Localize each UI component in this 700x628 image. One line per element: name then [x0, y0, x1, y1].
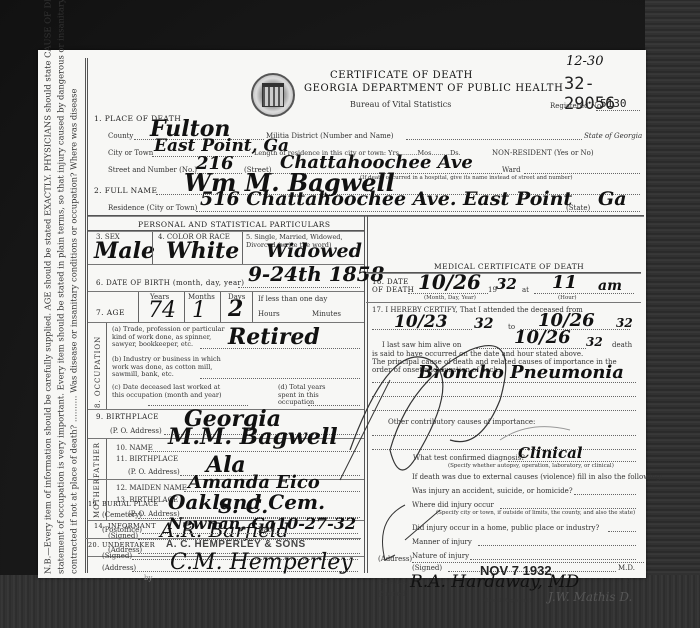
dod-label: 16. DATE OF DEATH [372, 278, 418, 294]
side-instruction-line: N.B.—Every item of information should be… [42, 54, 55, 574]
undertaker-signed-label: (Signed) [102, 552, 132, 560]
side-instructions: N.B.—Every item of information should be… [38, 50, 84, 578]
occupation-vertical-label: 8. OCCUPATION [94, 336, 102, 408]
county-label: County [108, 132, 133, 140]
dod-year: 32 [496, 275, 517, 293]
md-label: M.D. [618, 564, 635, 572]
state-label: State of Georgia [584, 132, 642, 140]
registrar-signature: R.A. Hardaway, MD [410, 572, 579, 592]
occupation-a-label: (a) Trade, profession or particular kind… [112, 326, 232, 349]
less-than-day-label: If less than one day [258, 295, 327, 303]
age-years-value: 74 [148, 298, 176, 323]
by-label: by [144, 574, 152, 582]
nonresident-label: NON-RESIDENT (Yes or No) [492, 149, 594, 157]
registered-number: 5130 [600, 97, 627, 110]
undertaker-stamp: A. C. HEMPERLEY & SONS [166, 539, 306, 550]
mother-vertical-label: MOTHER [93, 478, 101, 518]
registrar-sub-label: (Local Registrar) [484, 598, 531, 604]
birthplace-po-label: (P. O. Address) [110, 427, 162, 435]
father-name-value: M.M. Bagwell [168, 424, 338, 450]
residence-state-label: (State) [566, 204, 590, 212]
dob-label: 6. DATE OF BIRTH (month, day, year) [96, 279, 244, 287]
minutes-label: Minutes [312, 310, 341, 318]
dob-value: 9-24th 1858 [248, 262, 384, 286]
filed-label: 15. FILED [376, 578, 412, 586]
age-days-value: 2 [228, 296, 243, 322]
ward-label: Ward [502, 166, 521, 174]
side-instruction-line: statement of occupation is very importan… [55, 54, 68, 574]
full-name-label: 2. FULL NAME [94, 186, 157, 195]
dod-ampm: am [598, 278, 622, 294]
undertaker-label: 20. UNDERTAKER [88, 541, 155, 549]
age-months-value: 1 [192, 298, 206, 323]
background-right [645, 0, 700, 628]
pen-mark-annotation [330, 320, 610, 520]
dod-hour: 11 [552, 272, 577, 293]
undertaker-signature: C.M. Hemperley [170, 550, 353, 575]
side-instruction-line: contracted if not at place of death? ...… [68, 54, 81, 574]
bureau-title: Bureau of Vital Statistics [350, 100, 451, 109]
city-label: City or Town [108, 149, 153, 157]
dod-sub-label: (Month, Day, Year) [424, 295, 476, 301]
burial-label: 19. BURIAL PLACE [88, 500, 159, 508]
burial-date-label: Date [258, 526, 275, 534]
father-vertical-label: FATHER [93, 442, 101, 478]
dod-hour-label: (Hour) [558, 295, 577, 301]
death-label: death [612, 341, 632, 349]
father-birthplace-label: 11. BIRTHPLACE [116, 455, 178, 463]
attended-to-year: 32 [616, 316, 633, 330]
personal-section-title: PERSONAL AND STATISTICAL PARTICULARS [138, 220, 330, 229]
filed-year-prefix: 19 [622, 578, 631, 586]
dod-at-label: at [522, 286, 529, 294]
extra-signature: J.W. Mathis D. [548, 590, 632, 604]
registered-label: Registered No. [550, 102, 603, 110]
birthplace-label: 9. BIRTHPLACE [96, 413, 159, 421]
father-po-label: (P. O. Address) [128, 468, 180, 476]
residence-label: Residence (City or Town) [108, 204, 197, 212]
dod-value: 10/26 [418, 270, 481, 294]
marital-value: Widowed [266, 240, 362, 262]
department-title: GEORGIA DEPARTMENT OF PUBLIC HEALTH [304, 83, 563, 94]
residence-value: 516 Chattahoochee Ave. East Point [200, 188, 572, 210]
residence-state-value: Ga [598, 188, 627, 210]
sex-value: Male [94, 238, 155, 264]
georgia-seal-icon [251, 73, 295, 117]
age-label: 7. AGE [96, 308, 125, 317]
certificate-title: CERTIFICATE OF DEATH [330, 70, 473, 81]
cemetery-value: Oakland Cem. [168, 490, 325, 514]
occupation-a-value: Retired [228, 324, 320, 350]
occupation-c-label: (c) Date deceased last worked at this oc… [112, 384, 224, 399]
registrar-signed-label: (Signed) [378, 590, 408, 598]
postoffice-label: (Postoffice) [102, 526, 142, 534]
hours-label: Hours [258, 310, 280, 318]
cemetery-label: (Cemetery) [102, 511, 142, 519]
occupation-b-label: (b) Industry or business in which work w… [112, 356, 232, 379]
corner-note: 12-30 [566, 54, 603, 69]
pen-arrow-annotation [365, 500, 445, 570]
color-value: White [166, 238, 239, 264]
